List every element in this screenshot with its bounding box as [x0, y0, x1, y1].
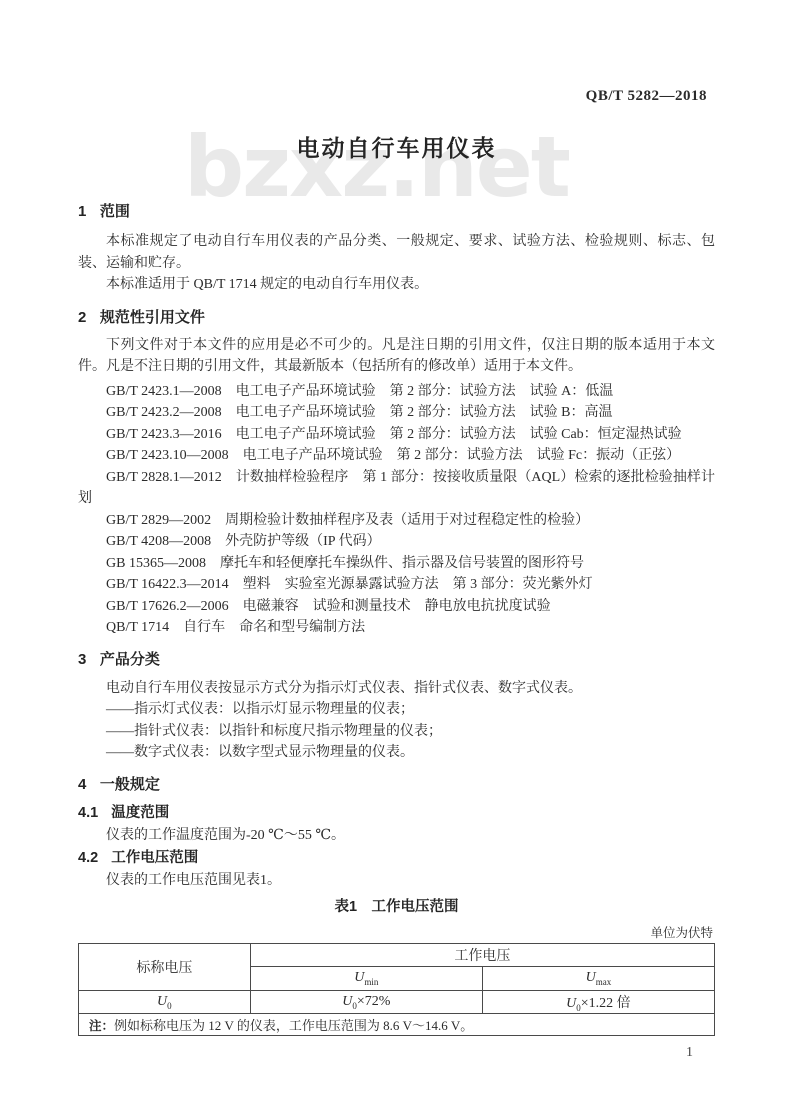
table-cell-umax-value: U0×1.22 倍 — [482, 990, 714, 1014]
document-page: bzxz.net QB/T 5282—2018 电动自行车用仪表 1范围 本标准… — [0, 0, 800, 1106]
section-1-paragraph-1: 本标准规定了电动自行车用仪表的产品分类、一般规定、要求、试验方法、检验规则、标志… — [78, 231, 715, 274]
table-note: 注：例如标称电压为 12 V 的仪表，工作电压范围为 8.6 V～14.6 V。 — [79, 1014, 715, 1036]
reference-item: GB/T 17626.2—2006 电磁兼容 试验和测量技术 静电放电抗扰度试验 — [78, 596, 715, 618]
doc-number: QB/T 5282—2018 — [78, 0, 715, 105]
section-1-title: 范围 — [100, 203, 130, 220]
classification-list: ——指示灯式仪表：以指示灯显示物理量的仪表； ——指针式仪表：以指针和标度尺指示… — [78, 699, 715, 764]
section-4-1-heading: 4.1温度范围 — [78, 805, 715, 822]
table-header-umin: Umin — [250, 966, 482, 990]
section-1-paragraph-2: 本标准适用于 QB/T 1714 规定的电动自行车用仪表。 — [78, 274, 715, 296]
reference-item: QB/T 1714 自行车 命名和型号编制方法 — [78, 617, 715, 639]
section-2-title: 规范性引用文件 — [100, 309, 205, 326]
section-3-number: 3 — [78, 651, 86, 668]
reference-item: GB/T 2423.3—2016 电工电子产品环境试验 第 2 部分：试验方法 … — [78, 424, 715, 446]
table-header-working-voltage: 工作电压 — [250, 943, 714, 966]
page-title: 电动自行车用仪表 — [78, 131, 715, 165]
table-header-nominal-voltage: 标称电压 — [79, 943, 251, 990]
section-3-heading: 3产品分类 — [78, 651, 715, 669]
section-2-intro: 下列文件对于本文件的应用是必不可少的。凡是注日期的引用文件，仅注日期的版本适用于… — [78, 335, 715, 378]
table-header-umax: Umax — [482, 966, 714, 990]
section-4-2-title: 工作电压范围 — [111, 850, 198, 866]
reference-item: GB/T 4208—2008 外壳防护等级（IP 代码） — [78, 531, 715, 553]
reference-list: GB/T 2423.1—2008 电工电子产品环境试验 第 2 部分：试验方法 … — [78, 381, 715, 639]
page-content: QB/T 5282—2018 电动自行车用仪表 1范围 本标准规定了电动自行车用… — [78, 0, 715, 1061]
section-4-2-number: 4.2 — [78, 850, 98, 866]
reference-item: GB/T 2828.1—2012 计数抽样检验程序 第 1 部分：按接收质量限（… — [78, 467, 715, 510]
section-1-heading: 1范围 — [78, 203, 715, 221]
reference-item: GB/T 2423.1—2008 电工电子产品环境试验 第 2 部分：试验方法 … — [78, 381, 715, 403]
reference-item: GB/T 2423.10—2008 电工电子产品环境试验 第 2 部分：试验方法… — [78, 445, 715, 467]
reference-item: GB/T 2423.2—2008 电工电子产品环境试验 第 2 部分：试验方法 … — [78, 402, 715, 424]
section-4-2-heading: 4.2工作电压范围 — [78, 850, 715, 867]
list-item: ——数字式仪表：以数字型式显示物理量的仪表。 — [78, 742, 715, 764]
section-4-heading: 4一般规定 — [78, 776, 715, 794]
section-3-title: 产品分类 — [100, 651, 160, 668]
list-item: ——指示灯式仪表：以指示灯显示物理量的仪表； — [78, 699, 715, 721]
page-number: 1 — [78, 1045, 715, 1061]
section-4-2-text: 仪表的工作电压范围见表1。 — [78, 870, 715, 892]
table-1-unit-note: 单位为伏特 — [78, 926, 715, 940]
section-4-1-text: 仪表的工作温度范围为-20 ℃～55 ℃。 — [78, 825, 715, 847]
section-4-title: 一般规定 — [100, 776, 160, 793]
section-4-1-number: 4.1 — [78, 805, 98, 821]
section-2-number: 2 — [78, 309, 86, 326]
section-3-intro: 电动自行车用仪表按显示方式分为指示灯式仪表、指针式仪表、数字式仪表。 — [78, 678, 715, 700]
section-4-number: 4 — [78, 776, 86, 793]
section-1-number: 1 — [78, 203, 86, 220]
table-cell-umin-value: U0×72% — [250, 990, 482, 1014]
table-1: 标称电压 工作电压 Umin Umax U0 U0×72% U0×1.22 倍 … — [78, 943, 715, 1037]
reference-item: GB/T 2829—2002 周期检验计数抽样程序及表（适用于对过程稳定性的检验… — [78, 510, 715, 532]
table-cell-u0: U0 — [79, 990, 251, 1014]
reference-item: GB 15365—2008 摩托车和轻便摩托车操纵件、指示器及信号装置的图形符号 — [78, 553, 715, 575]
reference-item: GB/T 16422.3—2014 塑料 实验室光源暴露试验方法 第 3 部分：… — [78, 574, 715, 596]
table-1-caption: 表1 工作电压范围 — [78, 899, 715, 916]
section-2-heading: 2规范性引用文件 — [78, 309, 715, 327]
list-item: ——指针式仪表：以指针和标度尺指示物理量的仪表； — [78, 721, 715, 743]
section-4-1-title: 温度范围 — [111, 805, 169, 821]
